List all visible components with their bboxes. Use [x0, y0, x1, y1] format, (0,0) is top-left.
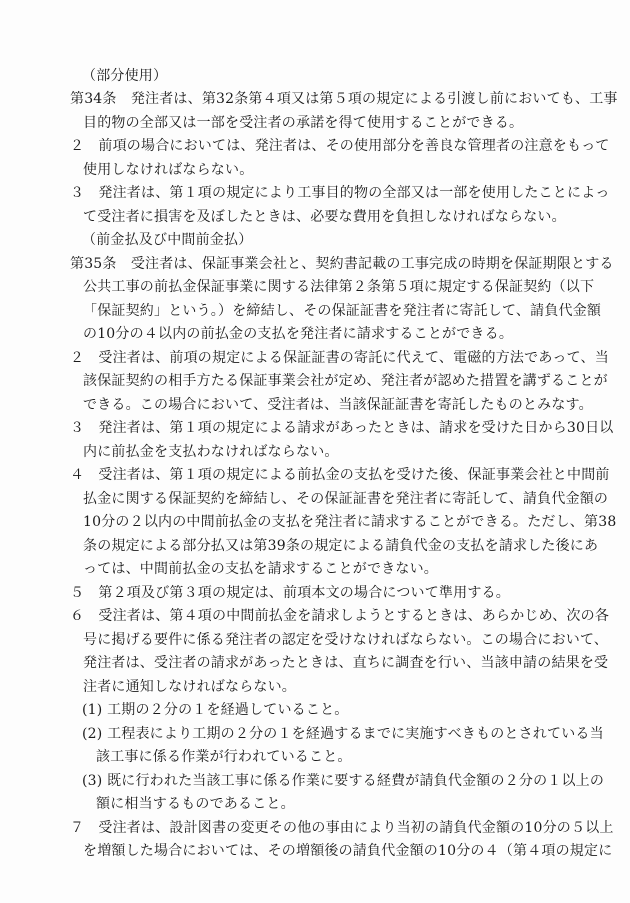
document-page: （部分使用） 第34条 発注者は、第32条第４項又は第５項の規定による引渡し前に… [0, 0, 630, 903]
article-35-line: 公共工事の前払金保証事業に関する法律第２条第５項に規定する保証契約（以下 [83, 278, 594, 296]
list-item-2: (2) 工程表により工期の２分の１を経過するまでに実施すべきものとされている当 [82, 725, 604, 743]
article-35-line: の10分の４以内の前払金の支払を発注者に請求することができる。 [83, 325, 513, 343]
article-35-para-4: 払金に関する保証契約を締結し、その保証証書を発注者に寄託して、請負代金額の [83, 490, 608, 508]
article-34-para-3: て受注者に損害を及ぼしたときは、必要な費用を負担しなければならない。 [83, 208, 566, 226]
article-35-para-4: 条の規定による部分払又は第39条の規定による請負代金の支払を請求した後にあ [83, 537, 598, 555]
article-35-para-6: 号に掲げる要件に係る発注者の認定を受けなければならない。この場合において、 [83, 631, 608, 649]
article-34-para-2: 使用しなければならない。 [83, 161, 253, 179]
article-35-para-7: を増額した場合においては、その増額後の請負代金額の10分の４（第４項の規定に [83, 842, 612, 860]
article-35-line: 第35条 受注者は、保証事業会社と、契約書記載の工事完成の時期を保証期限とする [70, 255, 614, 273]
article-35-para-5: ５ 第２項及び第３項の規定は、前項本文の場合について準用する。 [70, 584, 510, 602]
article-35-para-6: 注者に通知しなければならない。 [83, 678, 296, 696]
list-item-3: 額に相当するものであること。 [96, 795, 295, 813]
article-35-para-3: ３ 発注者は、第１項の規定による請求があったときは、請求を受けた日から30日以 [70, 419, 613, 437]
list-item-1: (1) 工期の２分の１を経過していること。 [82, 701, 348, 719]
article-35-para-4: 10分の２以内の中間前払金の支払を発注者に請求することができる。ただし、第38 [83, 513, 616, 531]
article-35-para-6: ６ 受注者は、第４項の中間前払金を請求しようとするときは、あらかじめ、次の各 [70, 607, 609, 625]
list-item-3: (3) 既に行われた当該工事に係る作業に要する経費が請負代金額の２分の１以上の [82, 772, 604, 790]
article-34-para-3: ３ 発注者は、第１項の規定により工事目的物の全部又は一部を使用したことによっ [70, 184, 610, 202]
article-35-para-6: 発注者は、受注者の請求があったときは、直ちに調査を行い、当該申請の結果を受 [83, 654, 608, 672]
article-35-para-7: ７ 受注者は、設計図書の変更その他の事由により当初の請負代金額の10分の５以上 [70, 819, 614, 837]
article-35-para-2: 該保証契約の相手方たる保証事業会社が定め、発注者が認めた措置を講ずることが [83, 372, 608, 390]
article-34-line: 第34条 発注者は、第32条第４項又は第５項の規定による引渡し前においても、工事 [70, 90, 618, 108]
article-35-para-3: 内に前払金を支払わなければならない。 [83, 443, 339, 461]
article-35-line: 「保証契約」という。）を締結し、その保証証書を発注者に寄託して、請負代金額 [83, 302, 601, 320]
article-35-para-4: っては、中間前払金の支払を請求することができない。 [83, 560, 438, 578]
article-34-para-2: ２ 前項の場合においては、発注者は、その使用部分を善良な管理者の注意をもって [70, 137, 610, 155]
section-heading-partial-use: （部分使用） [82, 67, 167, 85]
article-35-para-2: ２ 受注者は、前項の規定による保証証書の寄託に代えて、電磁的方法であって、当 [70, 349, 609, 367]
section-heading-advance-payment: （前金払及び中間前金払） [82, 231, 252, 249]
article-35-para-4: ４ 受注者は、第１項の規定による前払金の支払を受けた後、保証事業会社と中間前 [70, 466, 610, 484]
article-35-para-2: できる。この場合において、受注者は、当該保証証書を寄託したものとみなす。 [83, 396, 593, 414]
list-item-2: 該工事に係る作業が行われていること。 [96, 748, 352, 766]
article-34-line: 目的物の全部又は一部を受注者の承諾を得て使用することができる。 [83, 114, 523, 132]
